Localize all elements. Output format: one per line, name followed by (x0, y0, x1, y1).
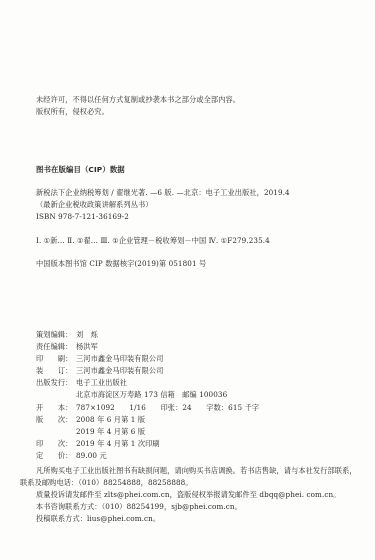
credit-publisher: 出版发行：电子工业出版社 (36, 378, 127, 388)
cip-series: （最新企业税收政策讲解系列丛书） (36, 200, 153, 210)
credit-edition-current: 2019 年 4 月第 6 版 (36, 427, 145, 437)
credit-format: 开 本：787×1092 1/16 印张：24 字数：615 千字 (36, 403, 259, 413)
credit-planning-editor: 策划编辑：刘 烁 (36, 330, 98, 340)
cip-number: 中国版本图书馆 CIP 数据核字(2019)第 051801 号 (36, 259, 206, 269)
copyright-line-2: 版权所有，侵权必究。 (36, 107, 109, 117)
credit-printing-run: 印 次：2019 年 4 月第 1 次印刷 (36, 439, 160, 449)
credit-binding: 装 订：三河市鑫金马印装有限公司 (36, 366, 163, 376)
contact-complaint: 质量投诉请发邮件至 zlts@phei.com.cn，盗版侵权举报请发邮件至 d… (36, 490, 340, 500)
contact-inquiry: 本书咨询联系方式：（010）88254199，sjb@phei.com.cn。 (36, 502, 242, 512)
cip-entry: 新税法下企业纳税筹划 / 翟继光著. —6 版. —北京：电子工业出版社，201… (36, 188, 290, 198)
cip-heading: 图书在版编目（CIP）数据 (36, 165, 125, 175)
cip-classification: Ⅰ. ①新… Ⅱ. ①翟… Ⅲ. ①企业管理－税收筹划－中国 Ⅳ. ①F279.… (36, 236, 270, 246)
credit-edition: 版 次：2008 年 6 月第 1 版 (36, 415, 145, 425)
credit-responsible-editor: 责任编辑：杨洪军 (36, 342, 98, 352)
credit-price: 定 价：89.00 元 (36, 451, 107, 461)
contact-para-line-2: 联系及邮购电话：（010）88254888，88258888。 (20, 478, 193, 488)
credit-printing: 印 刷：三河市鑫金马印装有限公司 (36, 354, 163, 364)
cip-isbn: ISBN 978-7-121-36169-2 (36, 212, 129, 222)
credit-publisher-address: 北京市海淀区万寿路 173 信箱 邮编 100036 (36, 390, 227, 400)
copyright-line-1: 未经许可，不得以任何方式复制或抄袭本书之部分或全部内容。 (36, 95, 240, 105)
contact-submission: 投稿联系方式：lius@phei.com.cn。 (36, 514, 160, 524)
contact-para-line-1: 凡所购买电子工业出版社图书有缺损问题，请向购买书店调换。若书店售缺，请与本社发行… (36, 466, 357, 476)
